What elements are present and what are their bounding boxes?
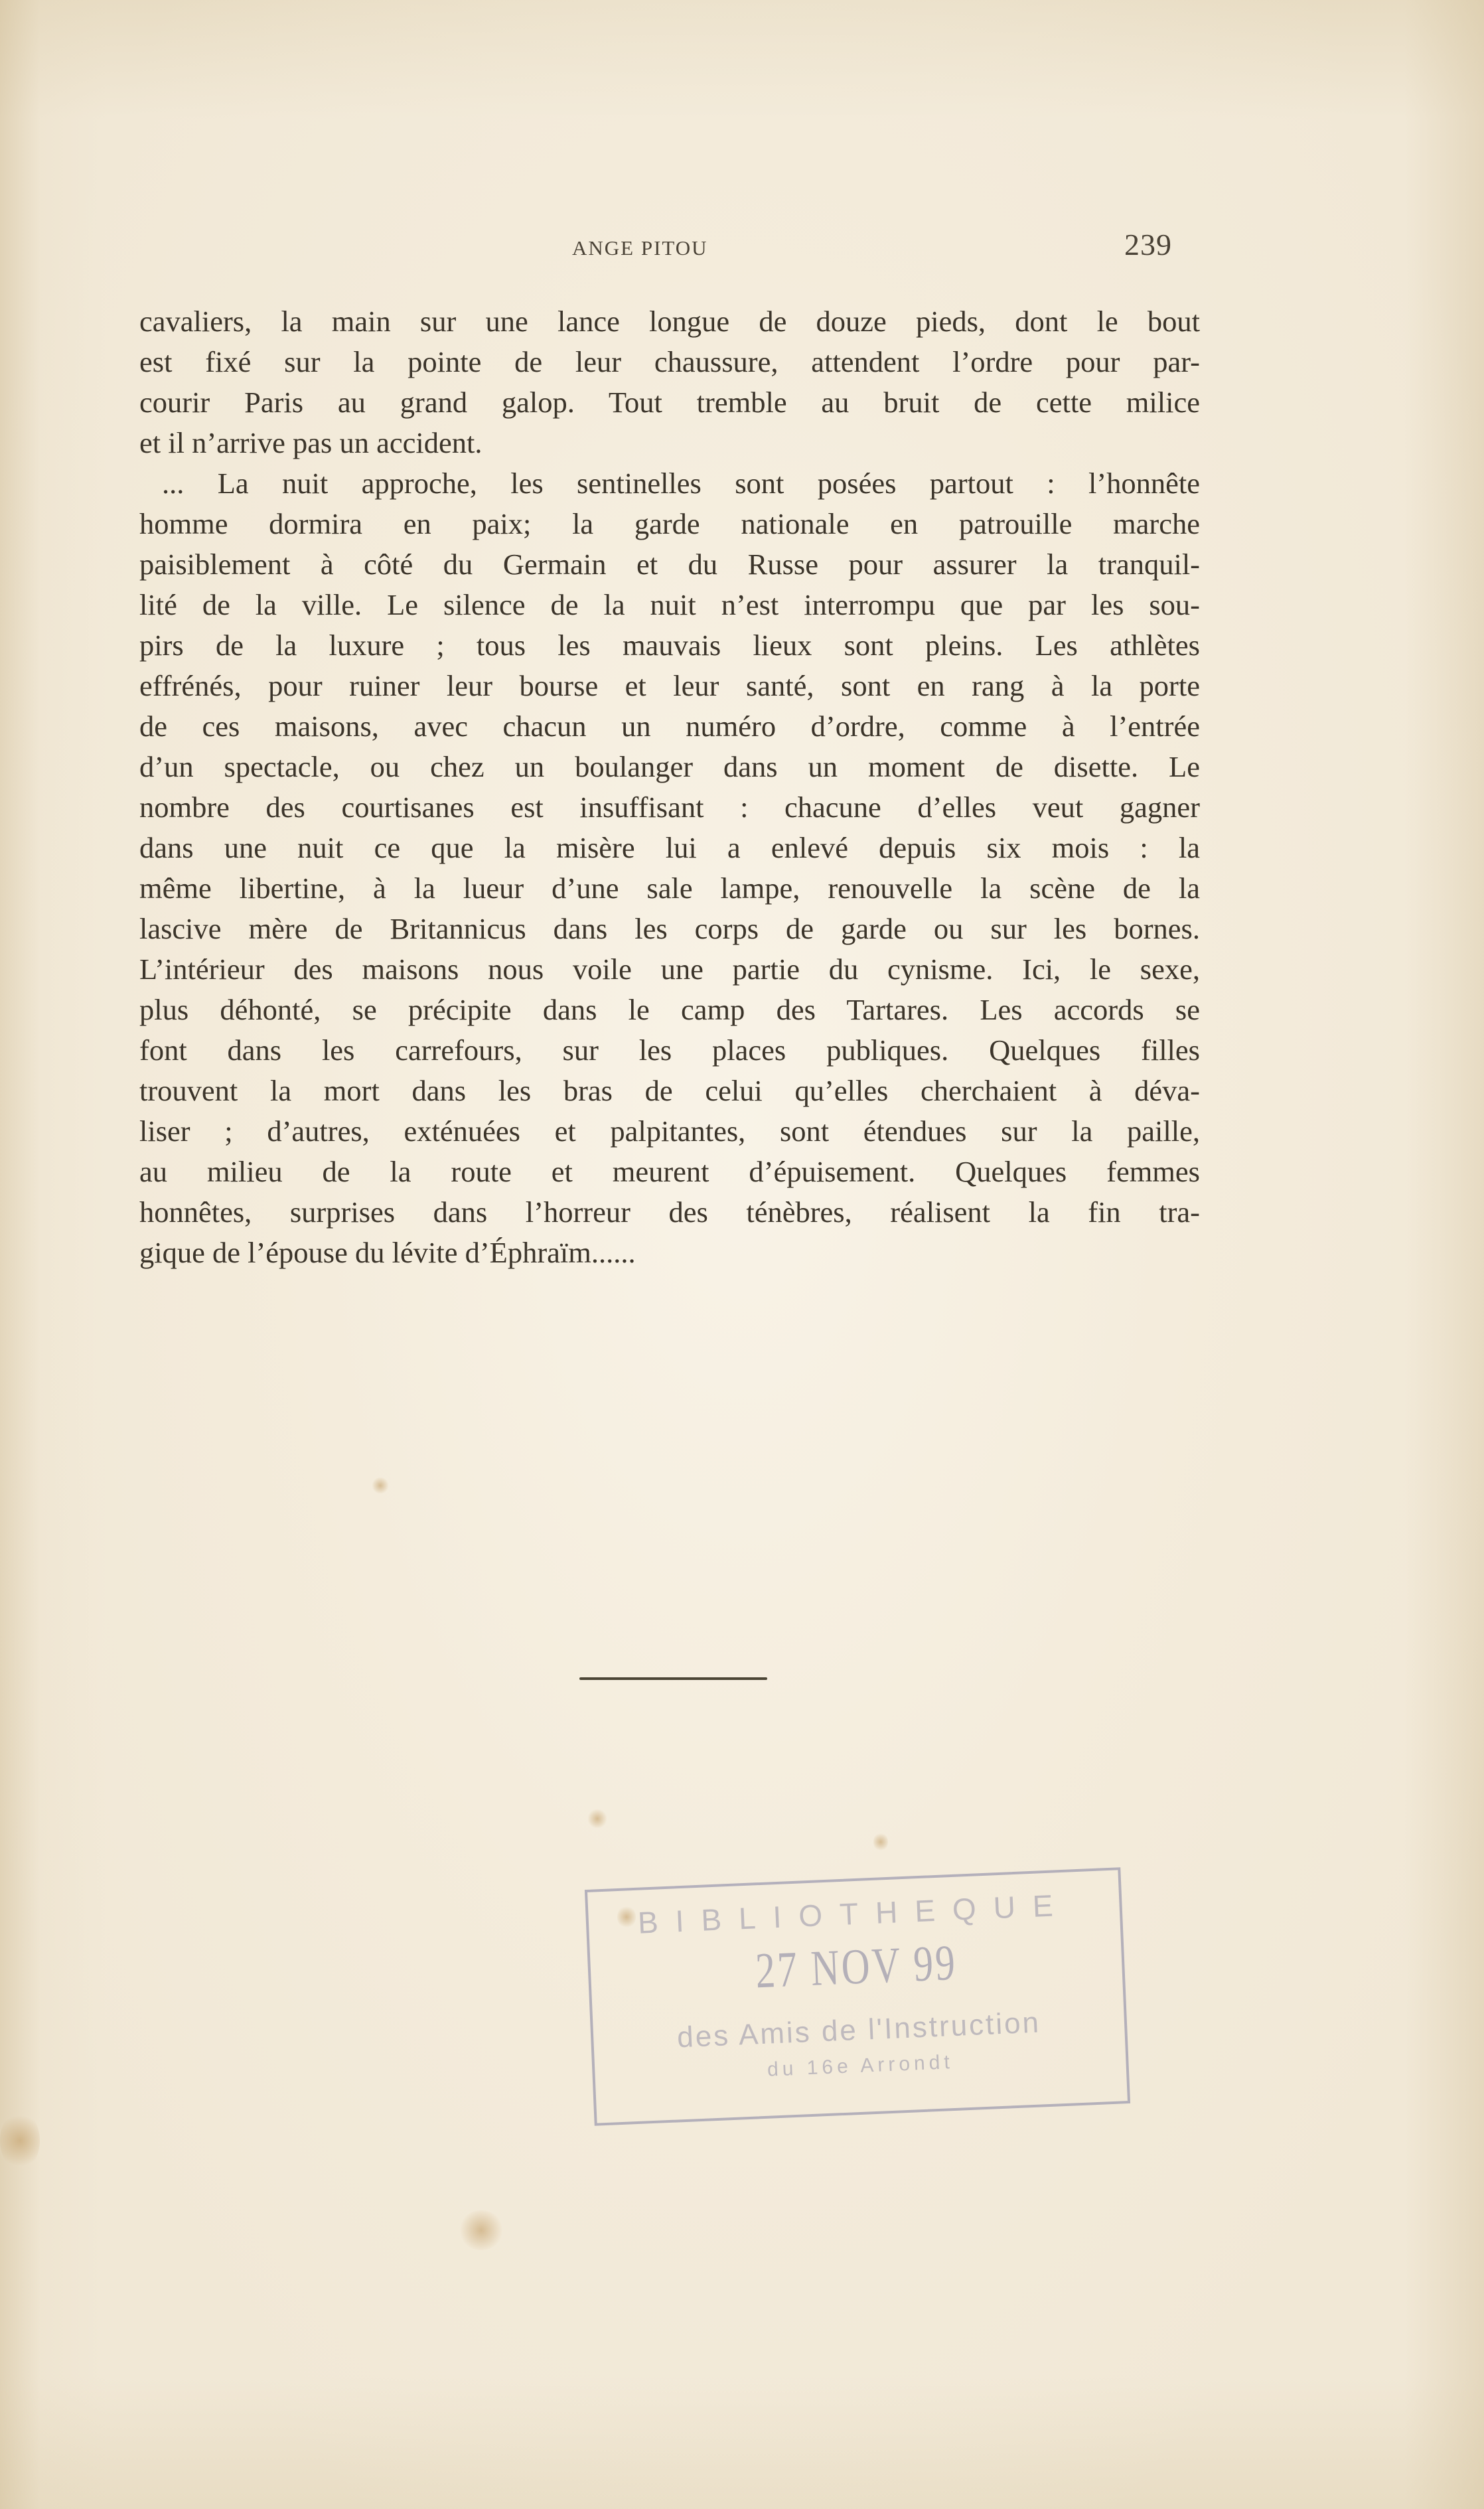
library-stamp: BIBLIOTHEQUE 27 NOV 99 des Amis de l'Ins…	[585, 1867, 1130, 2126]
text-line: au milieu de la route et meurent d’épuis…	[139, 1152, 1200, 1192]
text-line: lité de la ville. Le silence de la nuit …	[139, 585, 1200, 625]
text-line: gique de l’épouse du lévite d’Éphraïm...…	[139, 1233, 1200, 1273]
text-line: font dans les carrefours, sur les places…	[139, 1030, 1200, 1071]
foxing-spot	[458, 2210, 504, 2250]
text-line: et il n’arrive pas un accident.	[139, 423, 1200, 463]
text-line: plus déhonté, se précipite dans le camp …	[139, 990, 1200, 1030]
foxing-spot	[0, 2111, 40, 2170]
paragraph: cavaliers, la main sur une lance longue …	[139, 301, 1200, 463]
text-line: liser ; d’autres, exténuées et palpitant…	[139, 1111, 1200, 1152]
text-line: d’un spectacle, ou chez un boulanger dan…	[139, 747, 1200, 787]
text-line: cavaliers, la main sur une lance longue …	[139, 301, 1200, 342]
text-line: effrénés, pour ruiner leur bourse et leu…	[139, 666, 1200, 706]
foxing-spot	[372, 1477, 389, 1494]
foxing-spot	[587, 1809, 607, 1829]
foxing-spot	[873, 1832, 888, 1852]
text-line: honnêtes, surprises dans l’horreur des t…	[139, 1192, 1200, 1233]
text-line: lascive mère de Britannicus dans les cor…	[139, 909, 1200, 949]
text-line: de ces maisons, avec chacun un numéro d’…	[139, 706, 1200, 747]
text-line: pirs de la luxure ; tous les mauvais lie…	[139, 625, 1200, 666]
running-title: ANGE PITOU	[572, 236, 708, 260]
section-divider	[579, 1677, 767, 1680]
text-line: même libertine, à la lueur d’une sale la…	[139, 868, 1200, 909]
book-page: ANGE PITOU 239 cavaliers, la main sur un…	[0, 0, 1484, 2509]
paragraph: ... La nuit approche, les sentinelles so…	[139, 463, 1200, 1273]
text-line: trouvent la mort dans les bras de celui …	[139, 1071, 1200, 1111]
text-line: L’intérieur des maisons nous voile une p…	[139, 949, 1200, 990]
text-line: homme dormira en paix; la garde national…	[139, 504, 1200, 544]
page-number: 239	[1124, 227, 1172, 262]
stamp-date: 27 NOV 99	[648, 1930, 1065, 2005]
body-text: cavaliers, la main sur une lance longue …	[139, 301, 1200, 1273]
text-line: courir Paris au grand galop. Tout trembl…	[139, 382, 1200, 423]
text-line: paisiblement à côté du Germain et du Rus…	[139, 544, 1200, 585]
text-line: dans une nuit ce que la misère lui a enl…	[139, 828, 1200, 868]
text-line: ... La nuit approche, les sentinelles so…	[139, 463, 1200, 504]
text-line: nombre des courtisanes est insuffisant :…	[139, 787, 1200, 828]
text-line: est fixé sur la pointe de leur chaussure…	[139, 342, 1200, 382]
